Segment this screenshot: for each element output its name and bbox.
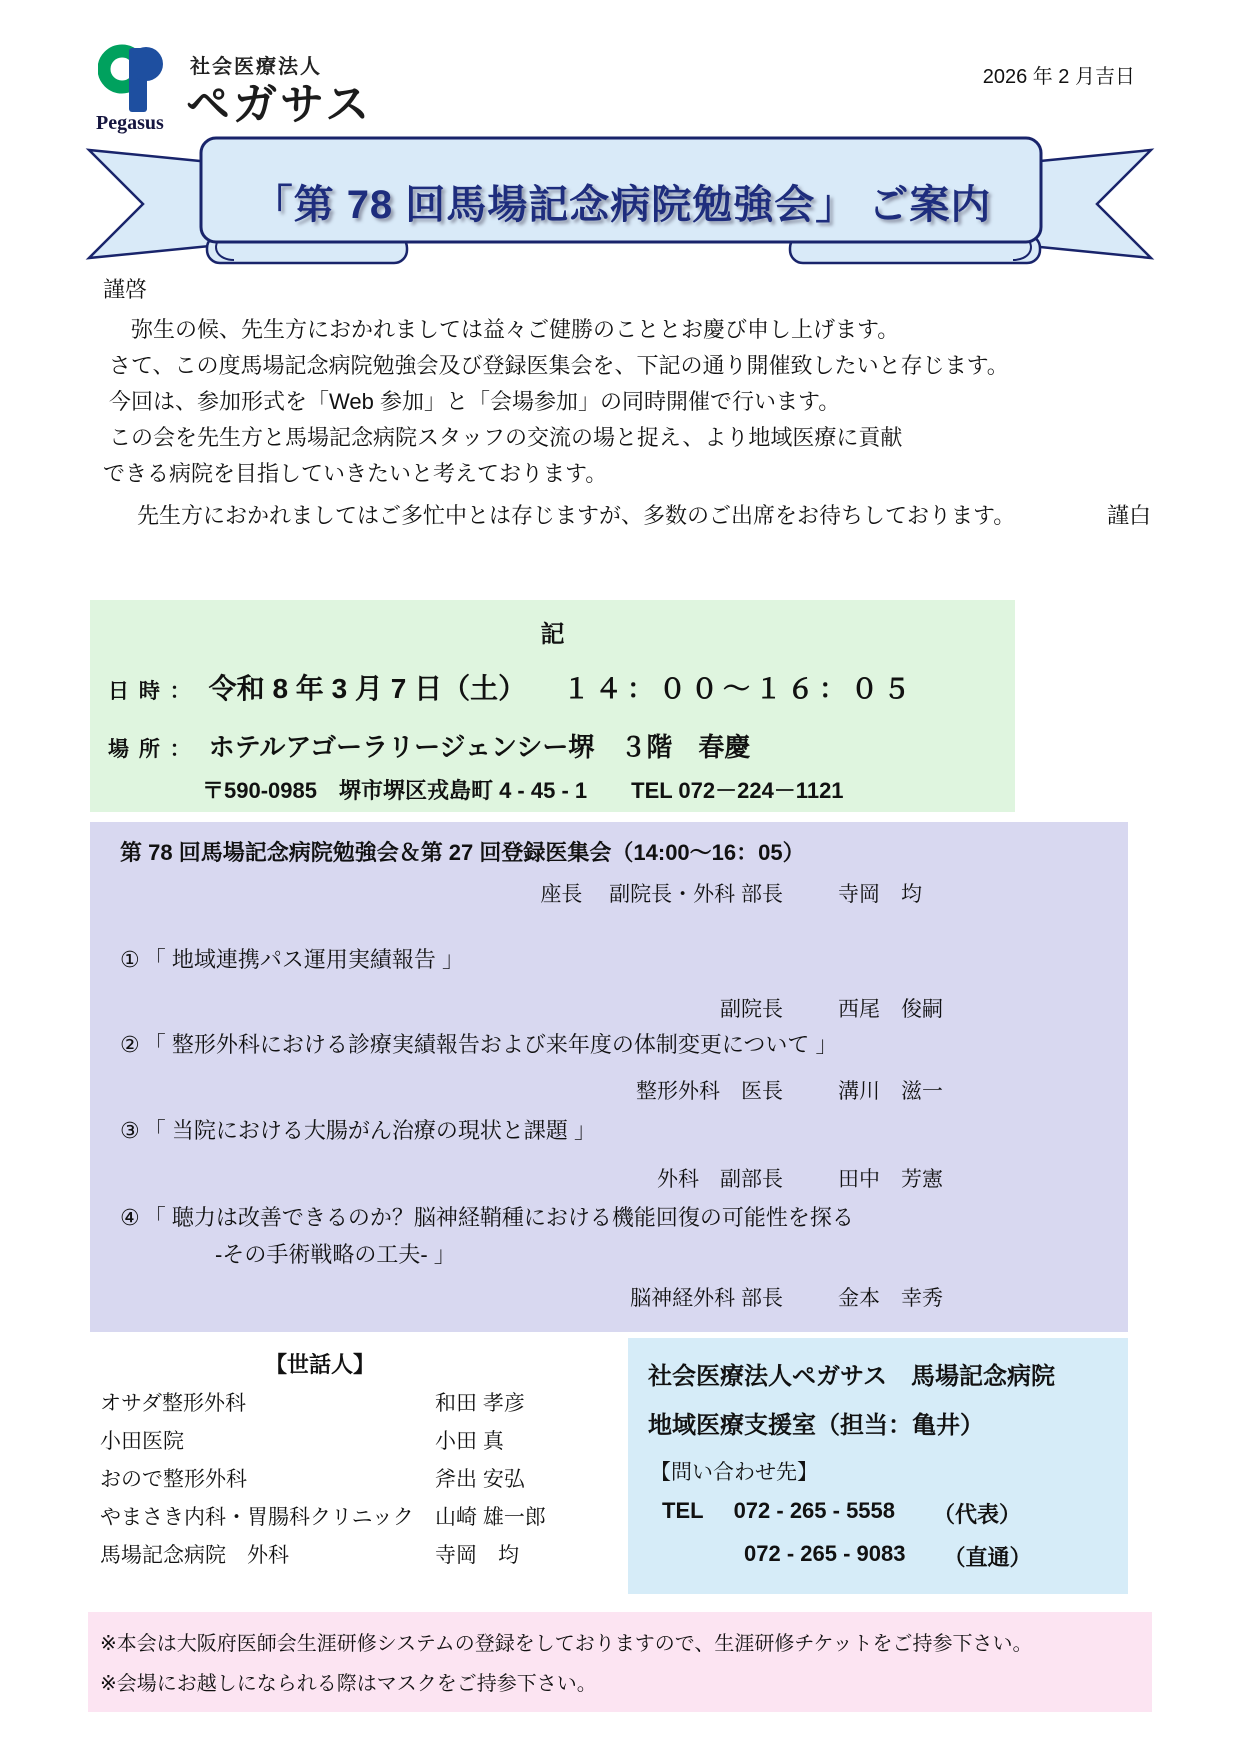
organizer-row: オサダ整形外科 和田 孝彦: [100, 1391, 570, 1417]
program-box: 第 78 回馬場記念病院勉強会＆第 27 回登録医集会（14:00～16：05）…: [90, 822, 1128, 1332]
note-line: ※本会は大阪府医師会生涯研修システムの登録をしておりますので、生涯研修チケットを…: [100, 1624, 1140, 1664]
speaker-line: 脳神経外科 部長 金本 幸秀: [90, 1285, 1128, 1313]
tel-label: TEL: [662, 1498, 704, 1529]
organizer-row: 馬場記念病院 外科 寺岡 均: [100, 1543, 570, 1569]
org-name: ペガサス: [186, 68, 372, 132]
organizer-row: おので整形外科 斧出 安弘: [100, 1467, 570, 1493]
details-heading: 記: [90, 614, 1015, 649]
contact-org: 社会医療法人ペガサス 馬場記念病院: [648, 1356, 1108, 1391]
organizer-name: 和田 孝彦: [435, 1391, 525, 1417]
place-row: 場 所 ： ホテルアゴーラリージェンシー堺 ３階 春慶: [108, 727, 1015, 764]
item-number: ③: [120, 1118, 140, 1143]
speaker-role: 脳神経外科 部長: [630, 1285, 783, 1313]
organizer-row: 小田医院 小田 真: [100, 1429, 570, 1455]
datetime-value: 令和 8 年 3 月 7 日（土）: [209, 667, 526, 707]
item-title: 「 整形外科における診療実績報告および来年度の体制変更について 」: [144, 1032, 838, 1057]
banner-title: 「第 78 回馬場記念病院勉強会」 ご案内: [203, 162, 1041, 240]
letter-line: 先生方におかれましてはご多忙中とは存じますが、多数のご出席をお待ちしております。: [103, 498, 1015, 534]
letter-opening: 謹啓: [103, 272, 1151, 308]
place-address: 〒590-0985 堺市堺区戎島町 4 - 45 - 1 TEL 072－224…: [202, 774, 1015, 805]
event-details-box: 記 日 時 ： 令和 8 年 3 月 7 日（土） １４：００～１６：０５ 場 …: [90, 600, 1015, 812]
item-title: 「 当院における大腸がん治療の現状と課題 」: [144, 1118, 596, 1143]
pegasus-logo-icon: [98, 40, 176, 115]
place-label: 場 所 ：: [108, 733, 193, 763]
contact-dept: 地域医療支援室（担当：亀井）: [648, 1405, 1108, 1440]
speaker-line: 副院長 西尾 俊嗣: [90, 996, 1128, 1024]
contact-box: 社会医療法人ペガサス 馬場記念病院 地域医療支援室（担当：亀井） 【問い合わせ先…: [628, 1338, 1128, 1594]
letter-line: 弥生の候、先生方におかれましては益々ご健勝のこととお慶び申し上げます。: [103, 312, 1151, 348]
datetime-row: 日 時 ： 令和 8 年 3 月 7 日（土） １４：００～１６：０５: [108, 667, 1015, 707]
speaker-role: 整形外科 医長: [636, 1078, 783, 1106]
item-number: ②: [120, 1032, 140, 1057]
letter-line: できる病院を目指していきたいと考えております。: [103, 456, 1151, 492]
contact-tel-main-row: TEL 072 - 265 - 5558 （代表）: [648, 1498, 1108, 1529]
organizer-name: 寺岡 均: [435, 1543, 519, 1569]
chair-line: 座長 副院長・外科 部長 寺岡 均: [90, 881, 1128, 909]
organizer-name: 斧出 安弘: [435, 1467, 525, 1493]
program-item-continued: -その手術戦略の工夫- 」: [215, 1240, 1128, 1269]
program-item: ④「 聴力は改善できるのか？脳神経鞘種における機能回復の可能性を探る: [120, 1203, 1128, 1232]
chair-name: 寺岡 均: [838, 881, 1008, 909]
letter-line: この会を先生方と馬場記念病院スタッフの交流の場と捉え、より地域医療に貢献: [103, 420, 1151, 456]
item-number: ④: [120, 1205, 140, 1230]
datetime-time: １４：００～１６：０５: [563, 667, 915, 706]
item-title: 「 地域連携パス運用実績報告 」: [144, 947, 464, 972]
tel-direct-note: （直通）: [943, 1541, 1031, 1572]
speaker-name: 溝川 滋一: [838, 1078, 1008, 1106]
contact-tel-direct-row: 072 - 265 - 9083 （直通）: [648, 1541, 1108, 1572]
tel-direct-number: 072 - 265 - 9083: [744, 1541, 905, 1572]
organizer-name: 山崎 雄一郎: [435, 1505, 546, 1531]
organizer-clinic: おので整形外科: [100, 1467, 435, 1493]
item-number: ①: [120, 947, 140, 972]
speaker-line: 整形外科 医長 溝川 滋一: [90, 1078, 1128, 1106]
tel-main-number: 072 - 265 - 5558: [734, 1498, 895, 1529]
letter-closing: 謹白: [1107, 498, 1151, 534]
tel-main-note: （代表）: [933, 1498, 1021, 1529]
program-item: ③「 当院における大腸がん治療の現状と課題 」: [120, 1116, 1128, 1145]
speaker-name: 西尾 俊嗣: [838, 996, 1008, 1024]
document-date: 2026 年 2 月吉日: [983, 60, 1135, 89]
organizers-heading: 【世話人】: [100, 1348, 540, 1379]
organizer-row: やまさき内科・胃腸科クリニック 山崎 雄一郎: [100, 1505, 570, 1531]
organizer-clinic: オサダ整形外科: [100, 1391, 435, 1417]
speaker-role: 副院長: [720, 996, 783, 1024]
notes-box: ※本会は大阪府医師会生涯研修システムの登録をしておりますので、生涯研修チケットを…: [88, 1612, 1152, 1712]
contact-inquiry-heading: 【問い合わせ先】: [650, 1456, 1108, 1486]
organizers-section: 【世話人】 オサダ整形外科 和田 孝彦 小田医院 小田 真 おので整形外科 斧出…: [100, 1348, 570, 1569]
letter-line: 今回は、参加形式を「Web 参加」と「会場参加」の同時開催で行います。: [103, 384, 1151, 420]
ribbon-banner: 「第 78 回馬場記念病院勉強会」 ご案内: [85, 130, 1155, 272]
item-title: 「 聴力は改善できるのか？脳神経鞘種における機能回復の可能性を探る: [144, 1205, 854, 1230]
speaker-role: 外科 副部長: [657, 1166, 783, 1194]
greeting-letter: 謹啓 弥生の候、先生方におかれましては益々ご健勝のこととお慶び申し上げます。 さ…: [103, 272, 1151, 534]
datetime-label: 日 時 ：: [108, 675, 193, 705]
program-item: ①「 地域連携パス運用実績報告 」: [120, 945, 1128, 974]
document-page: Pegasus 社会医療法人 ペガサス 2026 年 2 月吉日 「第 78 回…: [0, 0, 1241, 1755]
organizer-clinic: やまさき内科・胃腸科クリニック: [100, 1505, 435, 1531]
program-item: ②「 整形外科における診療実績報告および来年度の体制変更について 」: [120, 1030, 1128, 1059]
speaker-name: 田中 芳憲: [838, 1166, 1008, 1194]
letter-line-last: 先生方におかれましてはご多忙中とは存じますが、多数のご出席をお待ちしております。…: [103, 498, 1151, 534]
organizer-clinic: 馬場記念病院 外科: [100, 1543, 435, 1569]
speaker-line: 外科 副部長 田中 芳憲: [90, 1166, 1128, 1194]
program-title: 第 78 回馬場記念病院勉強会＆第 27 回登録医集会（14:00～16：05）: [120, 838, 1128, 867]
organizer-name: 小田 真: [435, 1429, 504, 1455]
chair-role: 座長 副院長・外科 部長: [540, 881, 783, 909]
organizer-clinic: 小田医院: [100, 1429, 435, 1455]
speaker-name: 金本 幸秀: [838, 1285, 1008, 1313]
letter-line: さて、この度馬場記念病院勉強会及び登録医集会を、下記の通り開催致したいと存じます…: [103, 348, 1151, 384]
place-value: ホテルアゴーラリージェンシー堺 ３階 春慶: [209, 727, 751, 764]
note-line: ※会場にお越しになられる際はマスクをご持参下さい。: [100, 1664, 1140, 1704]
